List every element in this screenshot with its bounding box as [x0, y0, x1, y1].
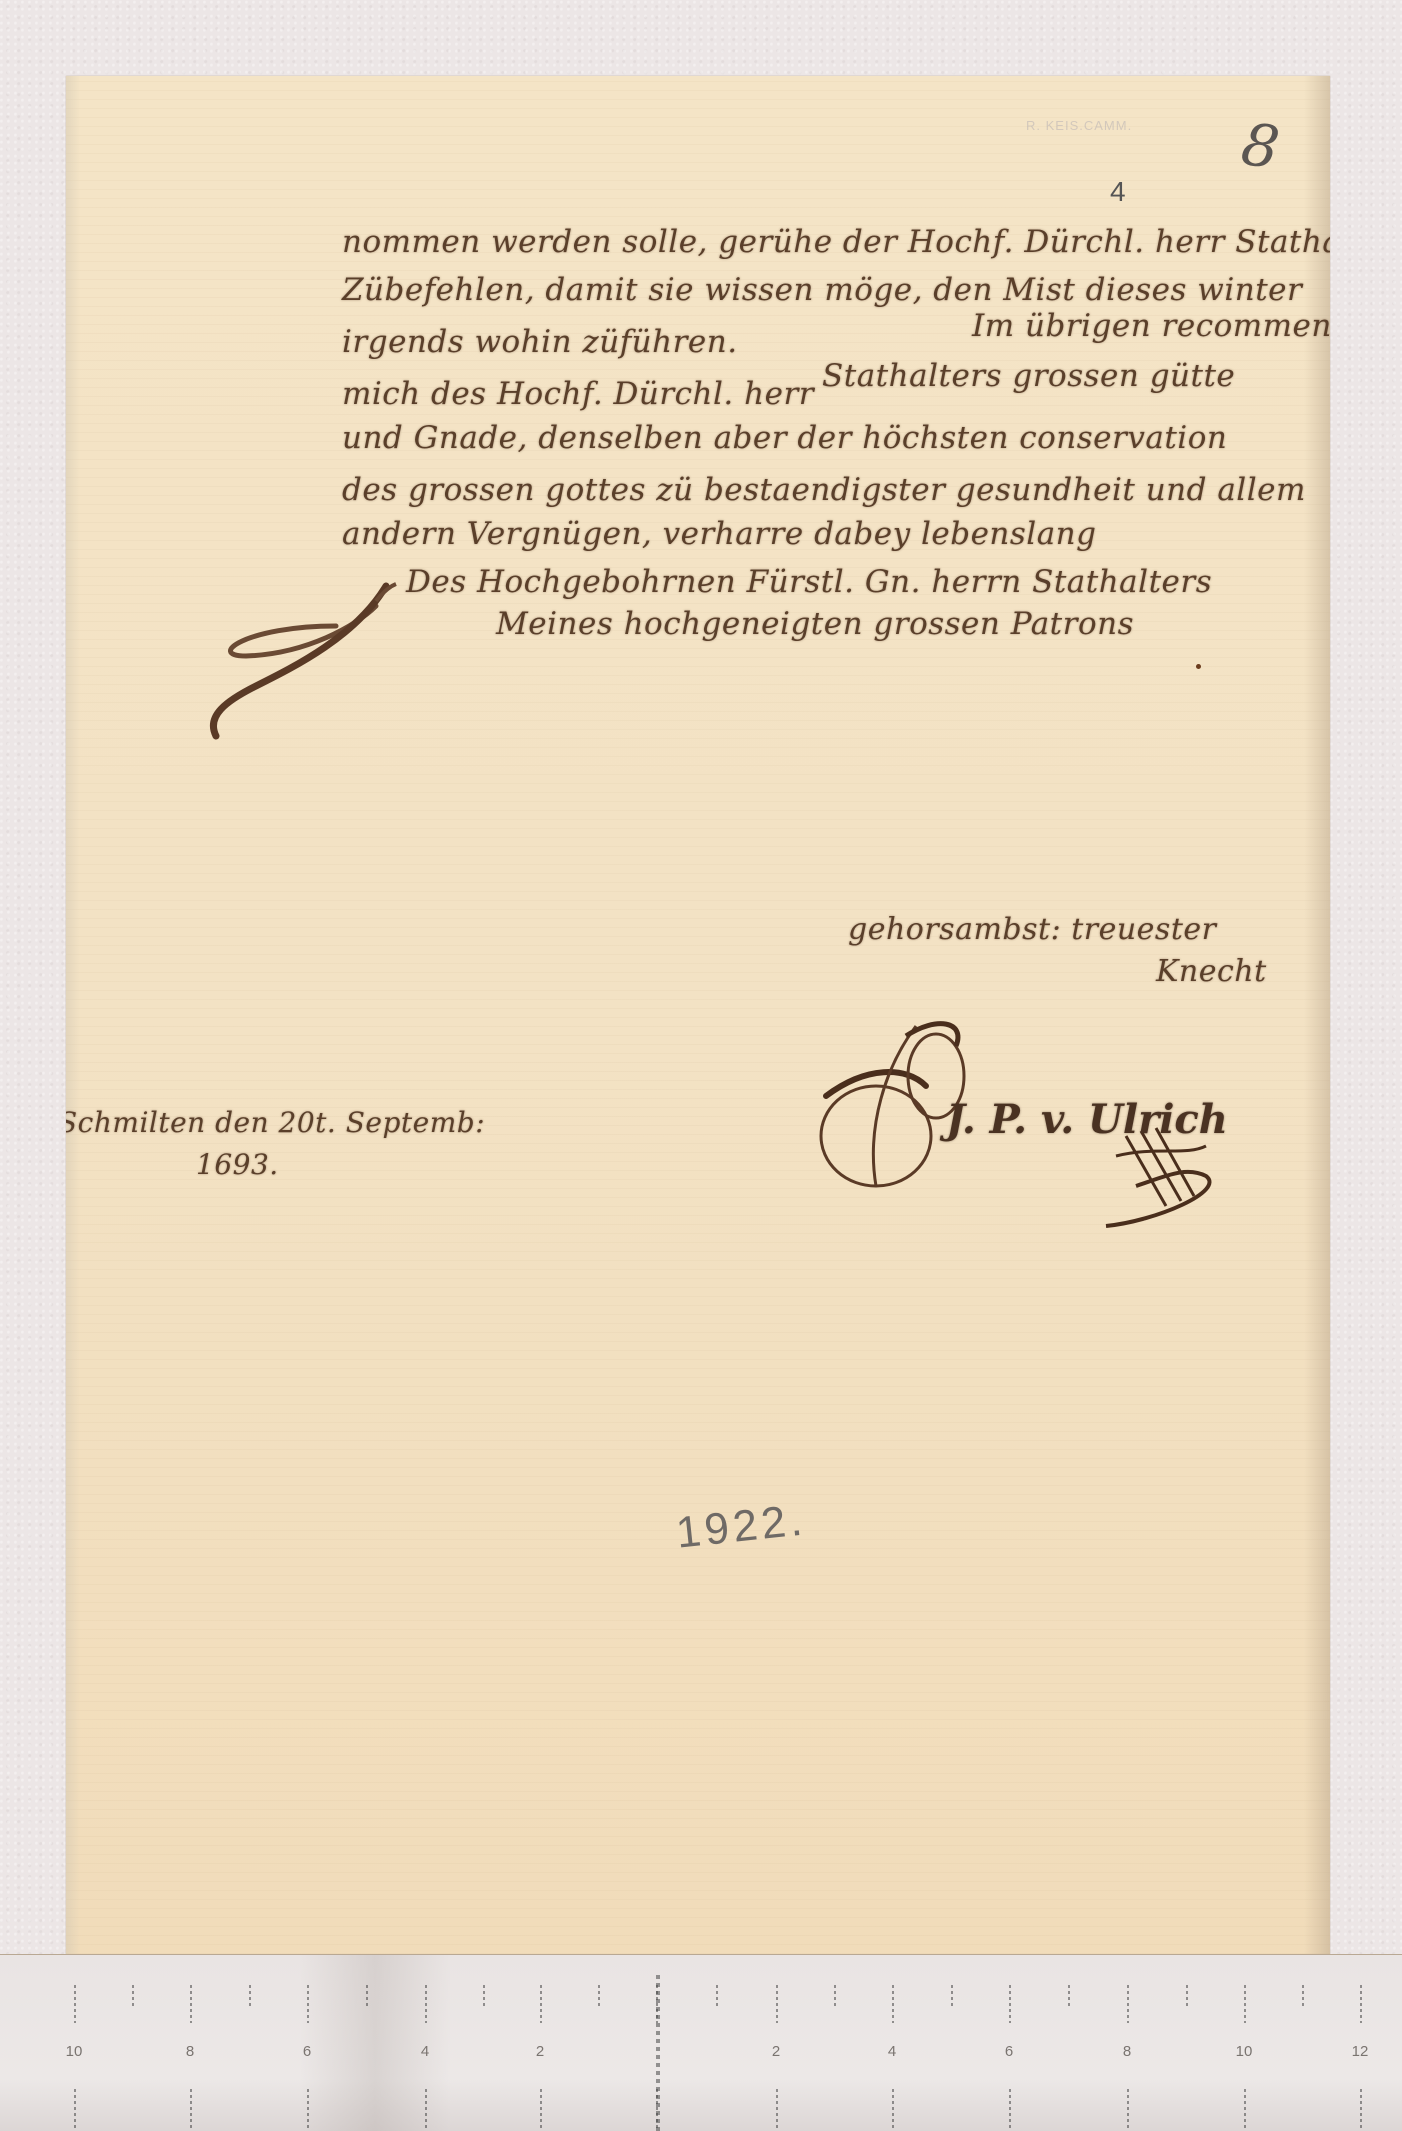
ruler-tick-label: 6	[1005, 2043, 1013, 2060]
folio-number: 8	[1237, 110, 1283, 182]
ruler-tick	[656, 1985, 658, 2023]
ruler-minor-tick	[483, 1985, 485, 2007]
archive-stamp: R. KEIS.CAMM.	[1026, 118, 1132, 133]
ruler-tick-label: 8	[1123, 2043, 1131, 2060]
ruler-minor-tick	[366, 1985, 368, 2007]
ruler-tick-bottom	[1360, 2089, 1362, 2129]
ink-spot	[1196, 664, 1201, 669]
body-line-6: des grossen gottes zü bestaendigster ges…	[342, 472, 1306, 508]
ruler-tick-bottom	[1244, 2089, 1246, 2129]
signature-monogram-icon	[806, 1006, 1266, 1296]
body-line-2: Zübefehlen, damit sie wissen möge, den M…	[342, 272, 1302, 308]
page-number: 4	[1110, 176, 1126, 208]
ruler-minor-tick	[716, 1985, 718, 2007]
archive-pencil-number: 1922.	[674, 1495, 809, 1558]
ruler-minor-tick	[1302, 1985, 1304, 2007]
ruler-minor-tick	[249, 1985, 251, 2007]
ruler-tick-bottom	[1127, 2089, 1129, 2129]
ruler-tick-bottom	[74, 2089, 76, 2129]
ruler-tick	[1244, 1985, 1246, 2023]
ruler-tick	[307, 1985, 309, 2023]
ruler-tick	[1127, 1985, 1129, 2023]
ruler-tick-bottom	[190, 2089, 192, 2129]
paper-edge-right	[1304, 76, 1330, 1954]
closing-line-1: gehorsambst: treuester	[848, 912, 1216, 947]
measurement-ruler: 10864224681012	[0, 1954, 1402, 2131]
ruler-tick-label: 12	[1352, 2043, 1369, 2060]
ruler-minor-tick	[598, 1985, 600, 2007]
ruler-minor-tick	[834, 1985, 836, 2007]
ruler-tick-bottom	[425, 2089, 427, 2129]
ruler-tick	[74, 1985, 76, 2023]
body-line-5: und Gnade, denselben aber der höchsten c…	[342, 420, 1227, 456]
ruler-tick	[776, 1985, 778, 2023]
ruler-minor-tick	[1186, 1985, 1188, 2007]
ruler-tick	[540, 1985, 542, 2023]
ruler-tick-bottom	[656, 2089, 658, 2129]
ruler-tick-label: 6	[303, 2043, 311, 2060]
body-line-4b: Stathalters grossen gütte	[822, 358, 1235, 394]
ruler-tick	[425, 1985, 427, 2023]
body-line-7: andern Vergnügen, verharre dabey lebensl…	[342, 516, 1097, 552]
closing-line-2: Knecht	[1156, 954, 1267, 989]
ruler-tick-label: 2	[772, 2043, 780, 2060]
ruler-tick-bottom	[540, 2089, 542, 2129]
ruler-tick-label: 4	[421, 2043, 429, 2060]
body-line-1: nommen werden solle, gerühe der Hochf. D…	[342, 224, 1330, 260]
ruler-tick	[892, 1985, 894, 2023]
ruler-tick-label: 10	[1236, 2043, 1253, 2060]
ruler-tick	[1009, 1985, 1011, 2023]
salutation-line-1: Des Hochgebohrnen Fürstl. Gn. herrn Stat…	[406, 564, 1212, 600]
signature-name: J. P. v. Ulrich	[946, 1096, 1228, 1143]
salutation-line-2: Meines hochgeneigten grossen Patrons	[496, 606, 1134, 642]
paper-edge-left	[66, 76, 80, 1954]
ruler-tick-label: 4	[888, 2043, 896, 2060]
ruler-tick-label: 2	[536, 2043, 544, 2060]
ruler-minor-tick	[132, 1985, 134, 2007]
ruler-tick-label: 10	[66, 2043, 83, 2060]
ruler-tick-bottom	[1009, 2089, 1011, 2129]
body-line-4: mich des Hochf. Dürchl. herr	[342, 376, 814, 412]
body-line-3b: Im übrigen recommendire	[972, 308, 1330, 344]
ruler-tick-bottom	[892, 2089, 894, 2129]
ruler-minor-tick	[1068, 1985, 1070, 2007]
ruler-tick	[190, 1985, 192, 2023]
letter-sheet: R. KEIS.CAMM. 8 4 nommen werden solle, g…	[66, 76, 1330, 1954]
body-line-3: irgends wohin züführen.	[342, 324, 738, 360]
ruler-tick	[1360, 1985, 1362, 2023]
date-place-line: Schmilten den 20t. Septemb:	[66, 1106, 485, 1139]
ruler-minor-tick	[951, 1985, 953, 2007]
date-year-line: 1693.	[196, 1148, 279, 1181]
ruler-tick-bottom	[776, 2089, 778, 2129]
ruler-tick-label: 8	[186, 2043, 194, 2060]
ruler-tick-bottom	[307, 2089, 309, 2129]
